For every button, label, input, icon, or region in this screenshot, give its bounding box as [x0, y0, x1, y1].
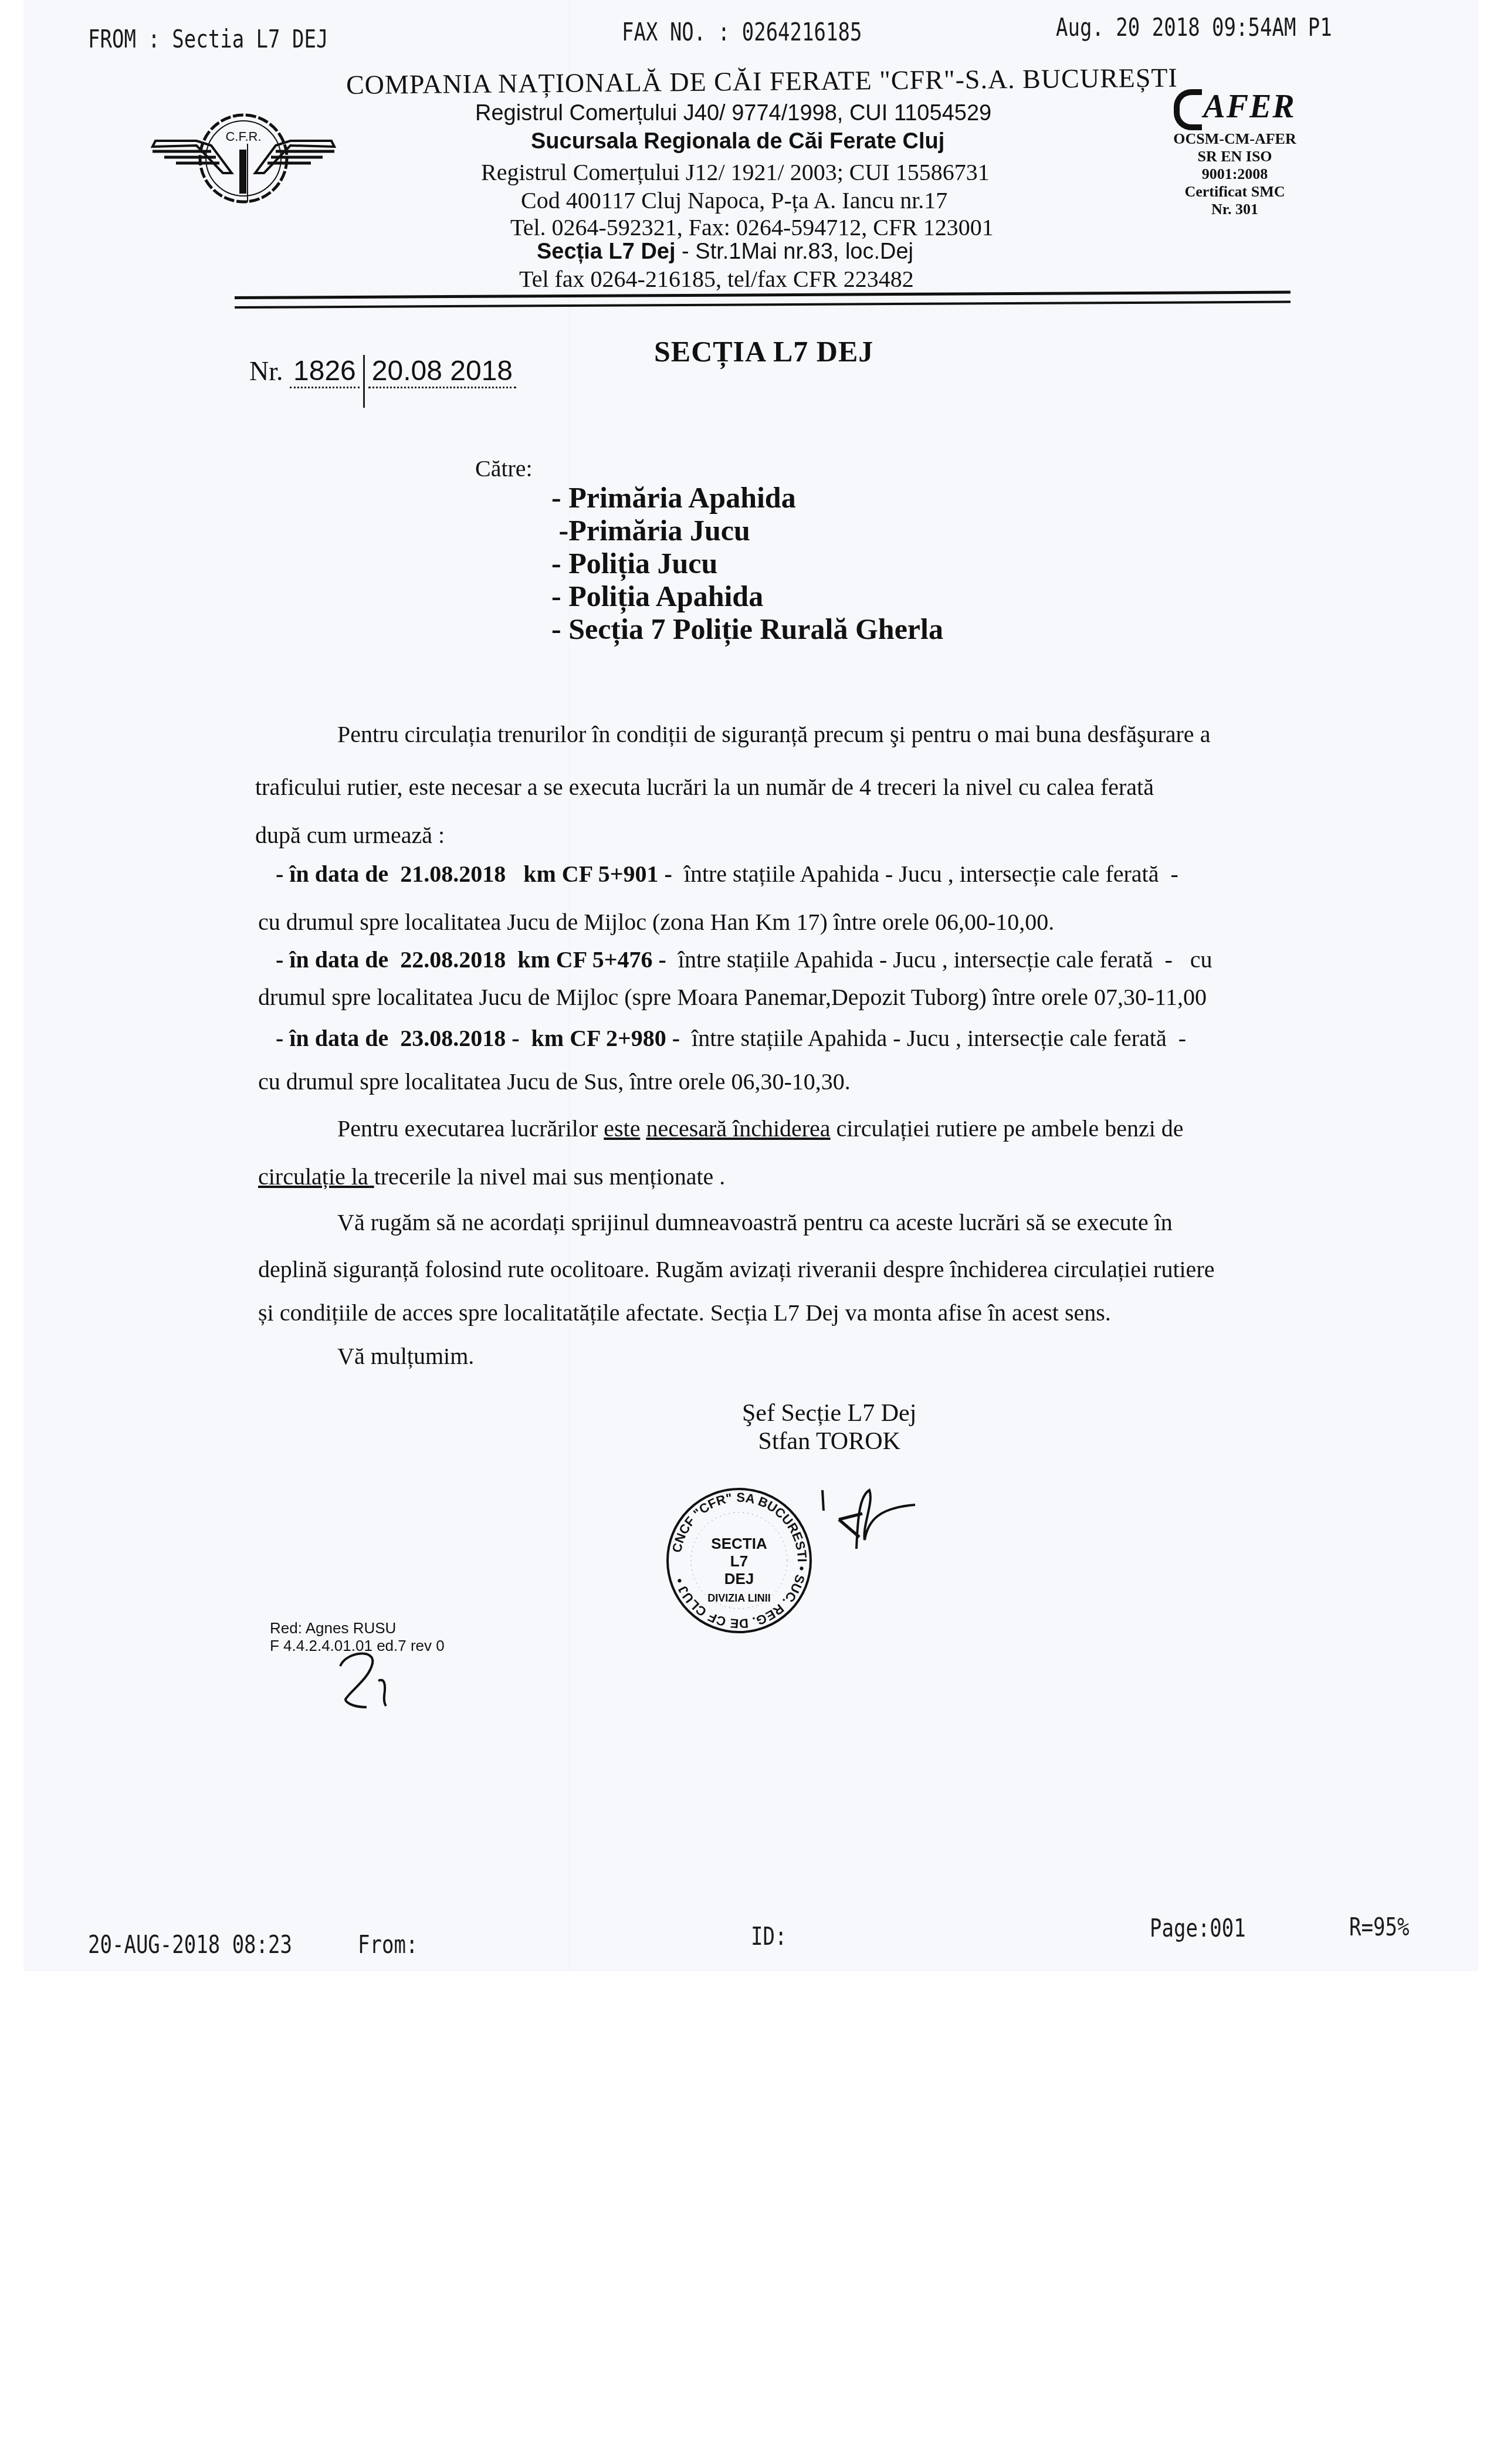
reference-label: Nr. — [249, 356, 283, 386]
afer-line: Certificat SMC — [1167, 183, 1302, 201]
work-item-3: - în data de 23.08.2018 - km CF 2+980 - … — [276, 1024, 1186, 1052]
fax-from: FROM : Sectia L7 DEJ — [88, 25, 328, 54]
section-address: - Str.1Mai nr.83, loc.Dej — [676, 239, 914, 264]
addressee: -Primăria Jucu — [551, 514, 943, 547]
afer-line: 9001:2008 — [1167, 165, 1302, 183]
cfr-logo-icon: C.F.R. — [147, 100, 340, 217]
fax-datetime: Aug. 20 2018 09:54AM P1 — [1056, 13, 1332, 42]
reference-separator — [363, 355, 365, 408]
request-line: deplină siguranță folosind rute ocolitoa… — [258, 1255, 1214, 1283]
afer-line: SR EN ISO — [1167, 148, 1302, 165]
branch-address: Cod 400117 Cluj Napoca, P-ța A. Iancu nr… — [521, 187, 947, 214]
fax-footer-page: Page:001 — [1150, 1914, 1246, 1943]
afer-certification: AFER OCSM-CM-AFER SR EN ISO 9001:2008 Ce… — [1167, 88, 1302, 218]
branch-phones: Tel. 0264-592321, Fax: 0264-594712, CFR … — [510, 214, 994, 241]
addressee: - Primăria Apahida — [551, 481, 943, 514]
section-phones: Tel fax 0264-216185, tel/fax CFR 223482 — [519, 265, 914, 293]
company-registry: Registrul Comerțului J40/ 9774/1998, CUI… — [475, 101, 991, 126]
request-line: Vă rugăm să ne acordați sprijinul dumnea… — [337, 1209, 1173, 1236]
section-address-line: Secția L7 Dej - Str.1Mai nr.83, loc.Dej — [537, 239, 913, 265]
fax-footer-resolution: R=95% — [1349, 1913, 1409, 1942]
fax-footer-datetime: 20-AUG-2018 08:23 — [88, 1930, 292, 1959]
work-item-1-detail: cu drumul spre localitatea Jucu de Mijlo… — [258, 908, 1054, 936]
fax-footer-id: ID: — [751, 1922, 787, 1951]
thanks-line: Vă mulțumim. — [337, 1342, 474, 1370]
addressees-list: - Primăria Apahida -Primăria Jucu - Poli… — [551, 481, 943, 645]
afer-logo-icon: AFER — [1167, 88, 1302, 130]
svg-text:L7: L7 — [730, 1552, 748, 1570]
fax-number: FAX NO. : 0264216185 — [622, 18, 862, 47]
svg-text:SECTIA: SECTIA — [711, 1535, 767, 1552]
work-item-1: - în data de 21.08.2018 km CF 5+901 - în… — [276, 860, 1178, 888]
fax-footer-from: From: — [358, 1930, 418, 1959]
intro-line: după cum urmează : — [255, 821, 445, 849]
official-stamp-icon: CNCF "CFR" SA BUCURESTI • SUC. REG. DE C… — [663, 1484, 815, 1637]
svg-text:DEJ: DEJ — [724, 1570, 754, 1588]
svg-text:C.F.R.: C.F.R. — [225, 129, 261, 144]
afer-line: Nr. 301 — [1167, 201, 1302, 218]
intro-line: traficului rutier, este necesar a se exe… — [255, 773, 1154, 801]
intro-line: Pentru circulația trenurilor în condiții… — [337, 720, 1210, 748]
signatory-title: Şef Secție L7 Dej — [742, 1399, 916, 1427]
branch-name: Sucursala Regionala de Căi Ferate Cluj — [531, 129, 944, 154]
afer-line: OCSM-CM-AFER — [1167, 130, 1302, 148]
drafted-by: Red: Agnes RUSU — [270, 1619, 445, 1637]
closure-line-2: circulație la trecerile la nivel mai sus… — [258, 1163, 725, 1190]
handwritten-initials-icon — [334, 1649, 399, 1713]
handwritten-signature-icon — [815, 1484, 921, 1555]
closure-line: Pentru executarea lucrărilor este necesa… — [337, 1115, 1184, 1142]
addressee: - Poliția Apahida — [551, 580, 943, 612]
work-item-3-detail: cu drumul spre localitatea Jucu de Sus, … — [258, 1068, 851, 1095]
section-name: Secția L7 Dej — [537, 239, 676, 264]
request-line: și condițiile de acces spre localitatăți… — [258, 1299, 1111, 1326]
reference-date: 20.08 2018 — [368, 356, 516, 388]
signature-block: Şef Secție L7 Dej Stfan TOROK — [742, 1399, 916, 1456]
work-item-2: - în data de 22.08.2018 km CF 5+476 - în… — [276, 946, 1212, 973]
reference-number-value: 1826 — [290, 356, 360, 388]
addressee: - Poliția Jucu — [551, 547, 943, 580]
branch-registry: Registrul Comerțului J12/ 1921/ 2003; CU… — [481, 158, 990, 186]
signatory-name: Stfan TOROK — [742, 1427, 916, 1456]
reference-number: Nr. 182620.08 2018 — [249, 355, 516, 408]
section-title: SECȚIA L7 DEJ — [654, 334, 873, 368]
svg-text:DIVIZIA LINII: DIVIZIA LINII — [707, 1592, 770, 1604]
addressee: - Secția 7 Poliție Rurală Gherla — [551, 612, 943, 645]
addressees-label: Către: — [475, 455, 533, 482]
work-item-2-detail: drumul spre localitatea Jucu de Mijloc (… — [258, 983, 1207, 1011]
